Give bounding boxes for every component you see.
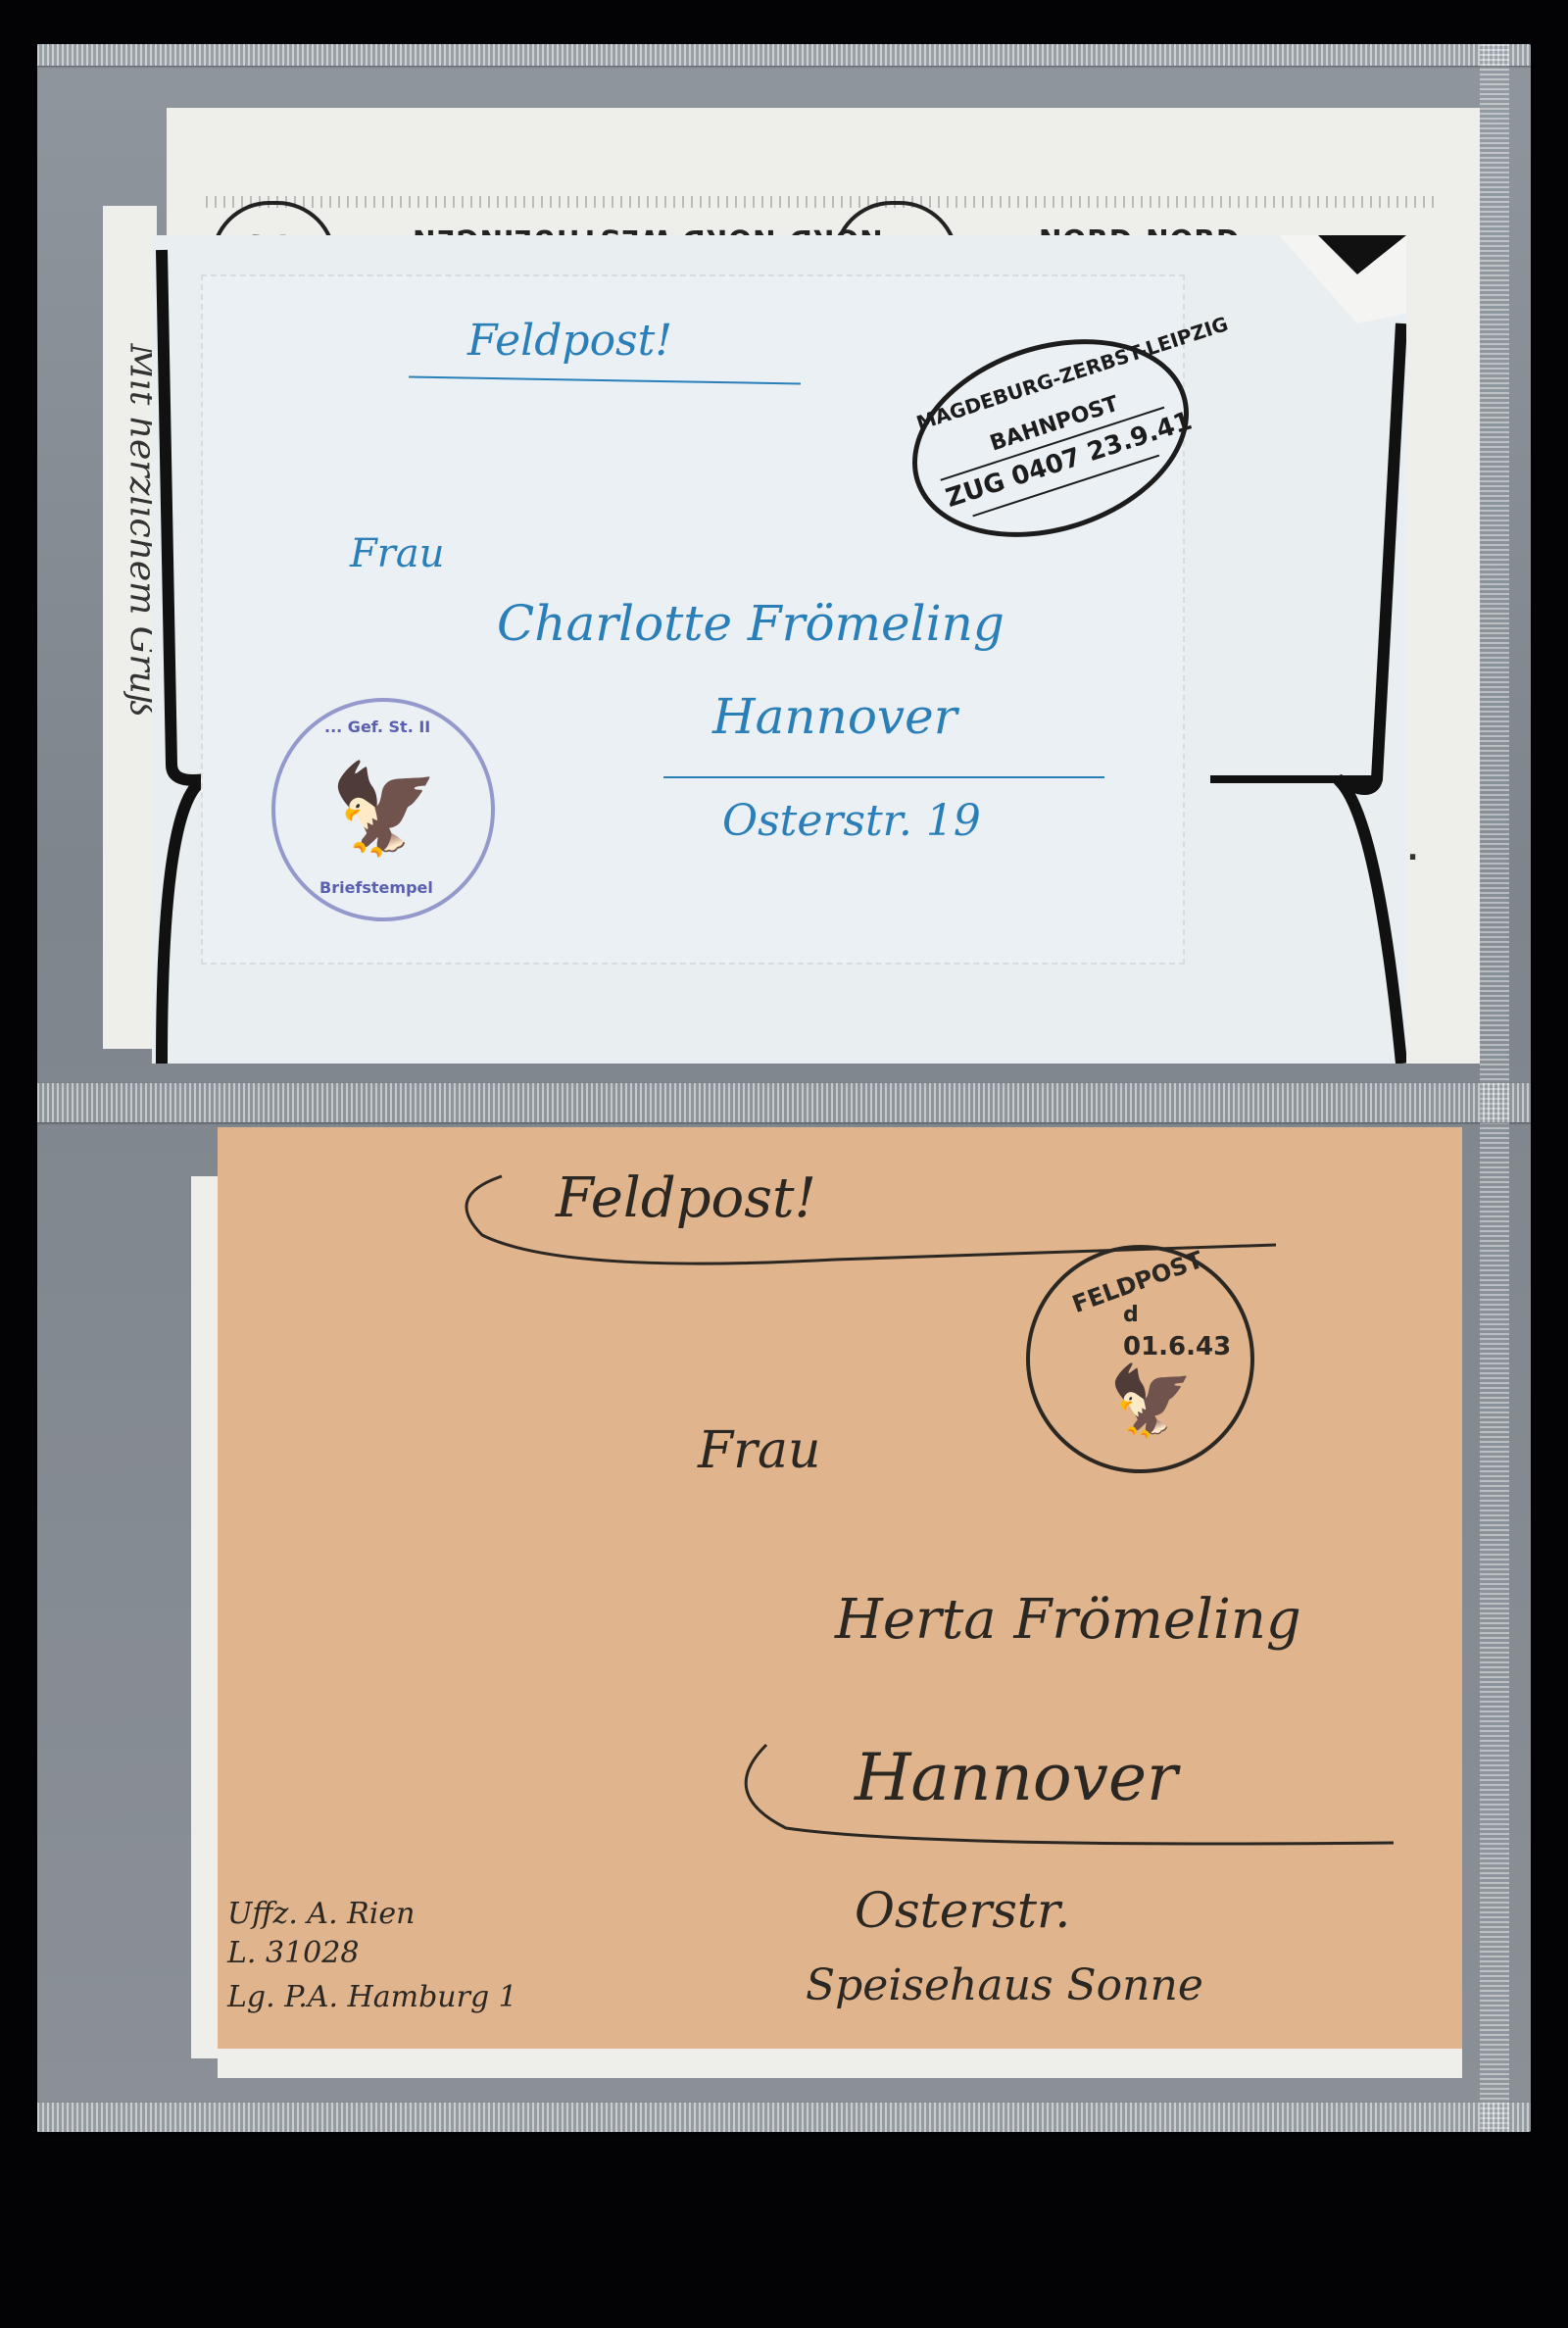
feldpost-envelope: Feldpost! FELDPOST d 01.6.43 🦅 Frau Hert… bbox=[218, 1127, 1462, 2078]
address-name: Herta Frömeling bbox=[835, 1588, 1301, 1652]
address-name: Charlotte Frömeling bbox=[497, 595, 1004, 652]
sender-feldpost-number: L. 31028 bbox=[227, 1936, 359, 1970]
address-city: Hannover bbox=[712, 688, 957, 745]
seal-top-text: ... Gef. St. II bbox=[324, 718, 430, 736]
inner-lettercard: Feldpost! MAGDEBURG-ZERBST-LEIPZIG BAHNP… bbox=[201, 274, 1185, 965]
feldpost-header: Feldpost! bbox=[467, 316, 672, 366]
eagle-icon: 🦅 bbox=[1108, 1366, 1194, 1435]
unit-seal: ... Gef. St. II 🦅 Briefstempel bbox=[271, 698, 495, 921]
eagle-icon: 🦅 bbox=[329, 766, 439, 854]
address-salutation: Frau bbox=[350, 531, 444, 576]
mourning-letter-sheet: Feldpost! MAGDEBURG-ZERBST-LEIPZIG BAHNP… bbox=[152, 235, 1406, 1064]
address-street: Osterstr. 19 bbox=[722, 796, 981, 846]
cancel-wavy-lines bbox=[206, 196, 1441, 208]
postmark-date: 01.6.43 bbox=[1123, 1332, 1231, 1362]
sender-name: Uffz. A. Rien bbox=[227, 1897, 415, 1931]
address-street: Osterstr. bbox=[855, 1882, 1070, 1939]
card-behind-bottom bbox=[218, 2049, 1462, 2078]
city-swash bbox=[727, 1735, 1413, 1853]
seal-bottom-text: Briefstempel bbox=[319, 878, 433, 897]
postmark-letter: d bbox=[1123, 1303, 1139, 1327]
address-extra-line: Speisehaus Sonne bbox=[806, 1960, 1203, 2010]
bottom-sleeve-edge bbox=[37, 2103, 1531, 2132]
railway-postmark: MAGDEBURG-ZERBST-LEIPZIG BAHNPOST ZUG 04… bbox=[887, 306, 1215, 570]
sender-post-office: Lg. P.A. Hamburg 1 bbox=[227, 1980, 517, 2014]
card-behind-left bbox=[191, 1176, 220, 2058]
city-underline bbox=[663, 776, 1104, 778]
header-underline bbox=[409, 376, 801, 385]
middle-sleeve-edge bbox=[37, 1083, 1531, 1122]
feldpost-postmark: FELDPOST d 01.6.43 🦅 bbox=[1026, 1245, 1254, 1473]
left-strip-card: Mit herzlichem Gruß bbox=[103, 206, 157, 1049]
top-sleeve-edge bbox=[37, 44, 1531, 66]
address-salutation: Frau bbox=[698, 1421, 820, 1480]
